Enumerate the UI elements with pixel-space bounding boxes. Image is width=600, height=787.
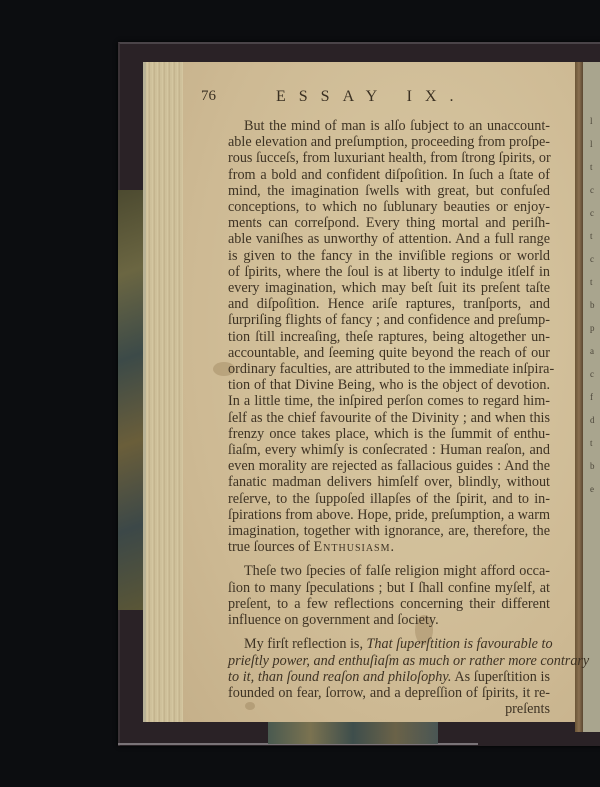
margin-letter: c [590, 179, 600, 202]
margin-letter: f [590, 386, 600, 409]
text-line: influence on government and ſociety. [228, 612, 550, 628]
body-text: But the mind of man is alſo ſubject to a… [228, 118, 550, 717]
margin-letter: l [590, 133, 600, 156]
marbled-endpaper-left [118, 190, 144, 610]
italic-text: to it, than ſound reaſon and philoſophy. [228, 669, 451, 685]
text-line: tion of that Divine Being, who is the ob… [228, 377, 550, 393]
text-line: ordinary faculties, are attributed to th… [228, 361, 550, 377]
text-line: even morality are rejected as fallacious… [228, 458, 550, 474]
text-span: As ſuperſtition is [451, 669, 550, 685]
paragraph-3: My firſt reflection is, That ſuperſtitio… [228, 636, 550, 717]
page-number: 76 [201, 88, 216, 105]
margin-letter: c [590, 202, 600, 225]
text-line: ſion to many ſpeculations ; but I ſhall … [228, 580, 550, 596]
text-line: is given to the fancy in the inviſible r… [228, 248, 550, 264]
text-line: accountable, and ſeeming quite beyond th… [228, 345, 550, 361]
text-line: ſurpriſing flights of fancy ; and confid… [228, 312, 550, 328]
paragraph-2: Theſe two ſpecies of falſe religion migh… [228, 563, 550, 628]
margin-letter: l [590, 110, 600, 133]
italic-text: That ſuperſtition is favourable to [367, 636, 553, 652]
margin-letter: t [590, 271, 600, 294]
text-line: from a bold and confident diſpoſition. I… [228, 167, 550, 183]
running-head: ESSAY IX. [276, 88, 467, 106]
page-edges [143, 62, 188, 722]
margin-letter: p [590, 317, 600, 340]
text-line: reſerve, to the ſuppoſed illapſes of the… [228, 491, 550, 507]
margin-letter: d [590, 409, 600, 432]
text-line: But the mind of man is alſo ſubject to a… [228, 118, 550, 134]
text-line: In a little time, the inſpired perſon co… [228, 393, 550, 409]
margin-letter: t [590, 432, 600, 455]
text-line: preſent, to a few reflections concerning… [228, 596, 550, 612]
text-line: every imagination, which may beſt ſuit i… [228, 280, 550, 296]
text-line: ments can correſpond. Every thing mortal… [228, 215, 550, 231]
text-line: conceptions, to which no ſublunary beaut… [228, 199, 550, 215]
book-gutter [575, 62, 583, 732]
margin-letter: t [590, 225, 600, 248]
text-line: Theſe two ſpecies of falſe religion migh… [228, 563, 550, 579]
text-line: tion ſtill increaſing, theſe raptures, b… [228, 329, 550, 345]
text-line: ſelf as the chief favourite of the Divin… [228, 410, 550, 426]
text-line: rous ſucceſs, from luxuriant health, fro… [228, 150, 550, 166]
text-line: able elevation and preſumption, proceedi… [228, 134, 550, 150]
emphasis-smallcaps: Enthusiasm. [314, 539, 396, 555]
text-span: true ſources of [228, 539, 314, 555]
facing-page-margin-text: lltcctctbpacfdtbe [590, 110, 600, 501]
margin-letter: e [590, 478, 600, 501]
text-line: frenzy once takes place, which is the ſu… [228, 426, 550, 442]
text-span: My firſt reflection is, [244, 636, 367, 652]
text-line: mind, the imagination ſwells with great,… [228, 183, 550, 199]
text-line: true ſources of Enthusiasm. [228, 539, 550, 555]
margin-letter: b [590, 294, 600, 317]
margin-letter: a [590, 340, 600, 363]
text-line: to it, than ſound reaſon and philoſophy.… [228, 669, 550, 685]
text-line: My firſt reflection is, That ſuperſtitio… [228, 636, 550, 652]
margin-letter: t [590, 156, 600, 179]
text-line: ſpirations from above. Hope, pride, preſ… [228, 507, 550, 523]
text-line: founded on fear, ſorrow, and a depreſſio… [228, 685, 550, 701]
margin-letter: c [590, 248, 600, 271]
paragraph-1: But the mind of man is alſo ſubject to a… [228, 118, 550, 539]
marbled-endpaper-bottom [268, 722, 438, 744]
book-page: 76 ESSAY IX. But the mind of man is alſo… [183, 62, 575, 722]
margin-letter: b [590, 455, 600, 478]
text-line: ſiaſm, every whimſy is conſecrated : Hum… [228, 442, 550, 458]
margin-letter: c [590, 363, 600, 386]
catchword: preſents [228, 701, 550, 717]
text-line: of ſpirits, where the ſoul is at liberty… [228, 264, 550, 280]
page-header: 76 ESSAY IX. [201, 88, 556, 110]
text-line: imagination, together with ignorance, ar… [228, 523, 550, 539]
text-line: fanatic madman delivers himſelf over, bl… [228, 474, 550, 490]
text-line: and diſpoſition. Hence ariſe raptures, t… [228, 296, 550, 312]
text-line: prieſtly power, and enthuſiaſm as much o… [228, 653, 550, 669]
text-line: able vaniſhes as unworthy of attention. … [228, 231, 550, 247]
